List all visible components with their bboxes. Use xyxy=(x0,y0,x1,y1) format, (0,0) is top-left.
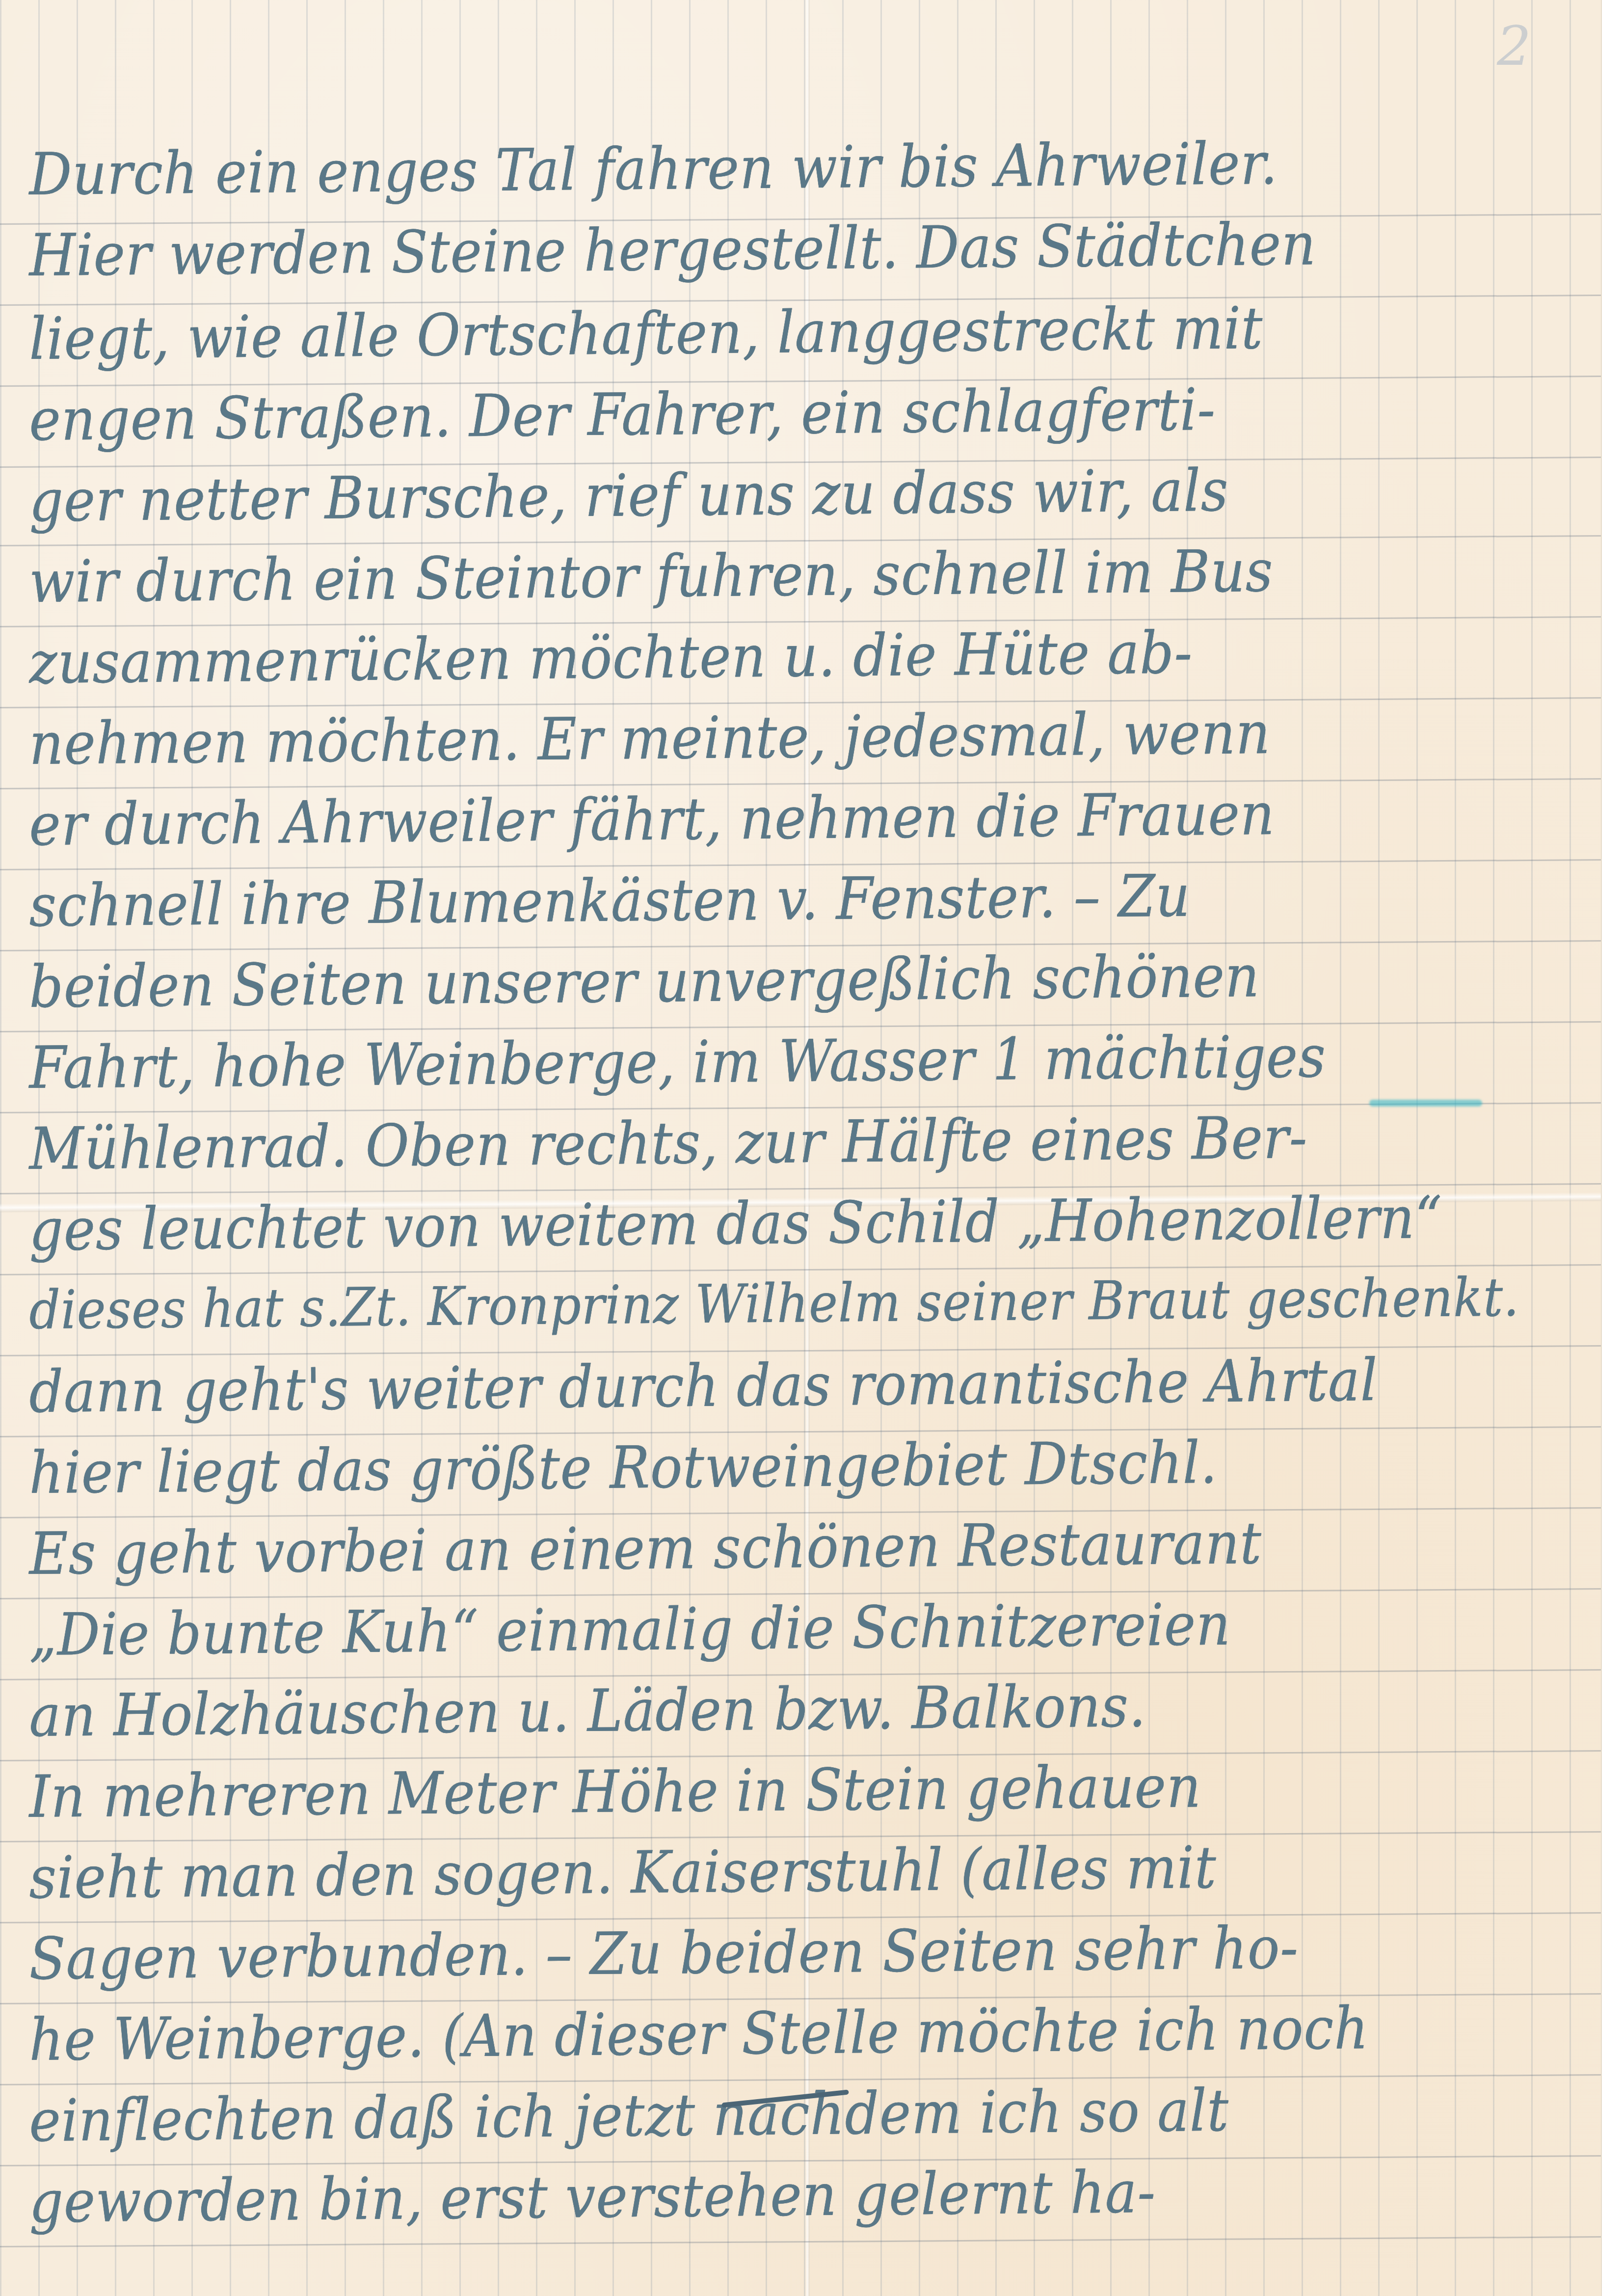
handwritten-line: sieht man den sogen. Kaiserstuhl (alles … xyxy=(29,1834,1452,1910)
handwritten-line: Es geht vorbei an einem schönen Restaura… xyxy=(29,1510,1452,1586)
handwritten-line: Mühlenrad. Oben rechts, zur Hälfte eines… xyxy=(29,1105,1452,1181)
handwritten-line: schnell ihre Blumenkästen v. Fenster. – … xyxy=(29,862,1452,938)
handwritten-line: „Die bunte Kuh“ einmalig die Schnitzerei… xyxy=(29,1591,1452,1667)
handwritten-line: Fahrt, hohe Weinberge, im Wasser 1 mächt… xyxy=(29,1024,1452,1100)
handwritten-line: Hier werden Steine hergestellt. Das Städ… xyxy=(29,211,1452,287)
handwritten-line: nehmen möchten. Er meinte, jedesmal, wen… xyxy=(29,700,1452,776)
handwritten-line: Sagen verbunden. – Zu beiden Seiten sehr… xyxy=(29,1915,1452,1991)
letter-page: 2 Durch ein enges Tal fahren wir bis Ahr… xyxy=(0,0,1601,2296)
handwritten-line: ger netter Bursche, rief uns zu dass wir… xyxy=(29,457,1452,533)
handwritten-line: dann geht's weiter durch das romantische… xyxy=(29,1348,1452,1424)
handwritten-line: In mehreren Meter Höhe in Stein gehauen xyxy=(29,1753,1452,1829)
ruling-line xyxy=(0,2236,1601,2247)
handwritten-line: geworden bin, erst verstehen gelernt ha- xyxy=(29,2158,1452,2234)
handwritten-line: er durch Ahrweiler fährt, nehmen die Fra… xyxy=(29,781,1452,857)
handwritten-line: liegt, wie alle Ortschaften, langgestrec… xyxy=(29,295,1452,371)
handwritten-line: zusammenrücken möchten u. die Hüte ab- xyxy=(29,619,1452,695)
page-number: 2 xyxy=(1497,15,1531,78)
handwritten-line: Durch ein enges Tal fahren wir bis Ahrwe… xyxy=(29,130,1452,206)
handwritten-line: engen Straßen. Der Fahrer, ein schlagfer… xyxy=(29,376,1452,452)
handwritten-line: hier liegt das größte Rotweingebiet Dtsc… xyxy=(29,1429,1452,1505)
handwritten-line: an Holzhäuschen u. Läden bzw. Balkons. xyxy=(29,1672,1452,1748)
handwritten-line: he Weinberge. (An dieser Stelle möchte i… xyxy=(29,1996,1452,2072)
handwritten-line: dieses hat s.Zt. Kronprinz Wilhelm seine… xyxy=(29,1267,1452,1343)
handwritten-line: beiden Seiten unserer unvergeßlich schön… xyxy=(29,943,1452,1019)
handwritten-line: ges leuchtet von weitem das Schild „Hohe… xyxy=(29,1186,1452,1262)
handwritten-line: wir durch ein Steintor fuhren, schnell i… xyxy=(29,538,1452,614)
handwritten-line: einflechten daß ich jetzt nachdem ich so… xyxy=(29,2077,1452,2153)
